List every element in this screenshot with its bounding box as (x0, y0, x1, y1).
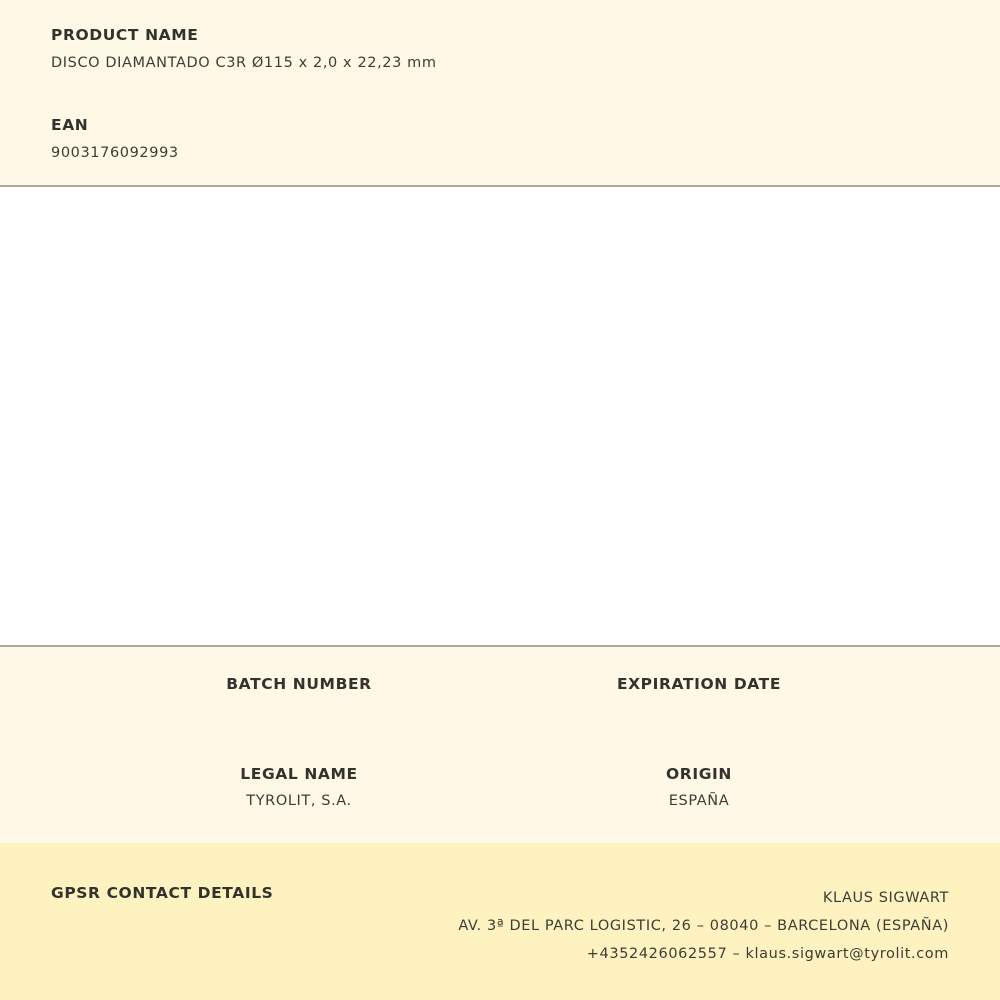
expiration-date-field: EXPIRATION DATE (549, 675, 849, 703)
origin-label: ORIGIN (549, 765, 849, 783)
ean-value: 9003176092993 (51, 145, 179, 161)
origin-field: ORIGIN ESPAÑA (549, 765, 849, 809)
gpsr-contact-details: KLAUS SIGWART AV. 3ª DEL PARC LOGISTIC, … (458, 884, 949, 968)
legal-name-label: LEGAL NAME (149, 765, 449, 783)
expiration-date-label: EXPIRATION DATE (549, 675, 849, 693)
contact-phone-email: +4352426062557 – klaus.sigwart@tyrolit.c… (458, 940, 949, 968)
legal-name-field: LEGAL NAME TYROLIT, S.A. (149, 765, 449, 809)
batch-number-field: BATCH NUMBER (149, 675, 449, 703)
origin-value: ESPAÑA (549, 793, 849, 809)
contact-name: KLAUS SIGWART (458, 884, 949, 912)
product-name-label: PRODUCT NAME (51, 26, 198, 44)
product-details-section: BATCH NUMBER EXPIRATION DATE LEGAL NAME … (0, 645, 1000, 845)
batch-number-label: BATCH NUMBER (149, 675, 449, 693)
legal-name-value: TYROLIT, S.A. (149, 793, 449, 809)
gpsr-contact-label: GPSR CONTACT DETAILS (51, 884, 273, 902)
contact-address: AV. 3ª DEL PARC LOGISTIC, 26 – 08040 – B… (458, 912, 949, 940)
gpsr-contact-section: GPSR CONTACT DETAILS KLAUS SIGWART AV. 3… (0, 843, 1000, 1000)
product-name-value: DISCO DIAMANTADO C3R Ø115 x 2,0 x 22,23 … (51, 55, 437, 71)
ean-label: EAN (51, 116, 88, 134)
blank-content-area (0, 187, 1000, 645)
product-info-section: PRODUCT NAME DISCO DIAMANTADO C3R Ø115 x… (0, 0, 1000, 187)
